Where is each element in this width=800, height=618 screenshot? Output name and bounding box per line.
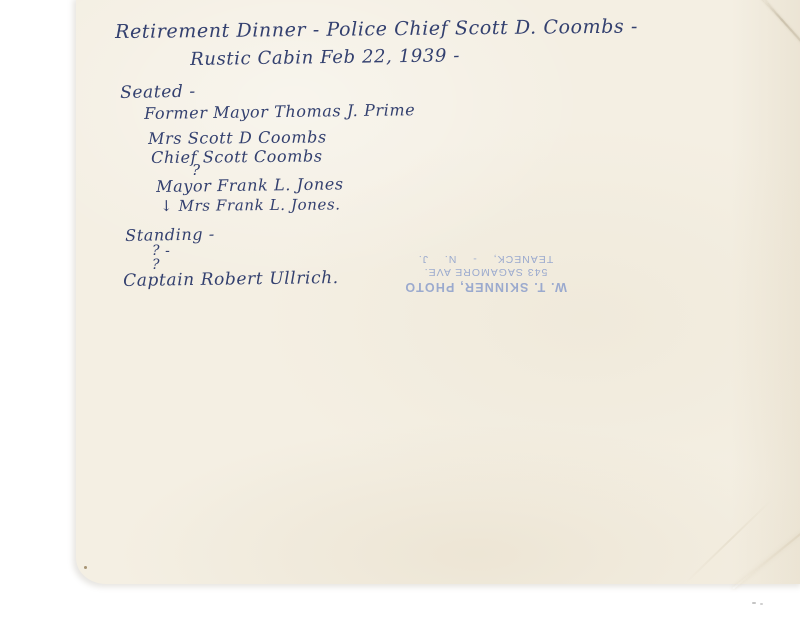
scanned-photo-back: Retirement Dinner - Police Chief Scott D…: [0, 0, 800, 618]
handwritten-line-seated-2: Mrs Scott D Coombs: [148, 127, 327, 148]
handwritten-line-seated-3: Chief Scott Coombs: [151, 147, 323, 167]
scanner-speck: [760, 603, 763, 605]
photographer-stamp: W. T. SKINNER, PHOTO 543 SAGAMORE AVE. T…: [398, 243, 573, 293]
stamp-street-address: 543 SAGAMORE AVE.: [398, 266, 573, 278]
handwritten-title-line-2: Rustic Cabin Feb 22, 1939 -: [190, 45, 460, 70]
handwritten-line-seated-4: Mayor Frank L. Jones: [156, 174, 344, 196]
handwritten-line-seated-5: ↓ Mrs Frank L. Jones.: [160, 195, 341, 215]
handwritten-line-seated-1: Former Mayor Thomas J. Prime: [144, 100, 415, 123]
scanner-speck: [752, 602, 756, 604]
paper-crease-bottom-right-1: [732, 478, 800, 590]
paper-crease-top-right: [759, 0, 800, 65]
paper-speck: [84, 566, 87, 569]
stamp-studio-name: W. T. SKINNER, PHOTO: [398, 279, 573, 293]
handwritten-line-standing-3: Captain Robert Ullrich.: [123, 268, 339, 291]
paper-crease-bottom-right-2: [685, 499, 773, 584]
stamp-city-state: TEANECK, - N. J.: [398, 252, 573, 264]
handwritten-standing-heading: Standing -: [125, 224, 215, 245]
handwritten-seated-heading: Seated -: [120, 82, 196, 103]
